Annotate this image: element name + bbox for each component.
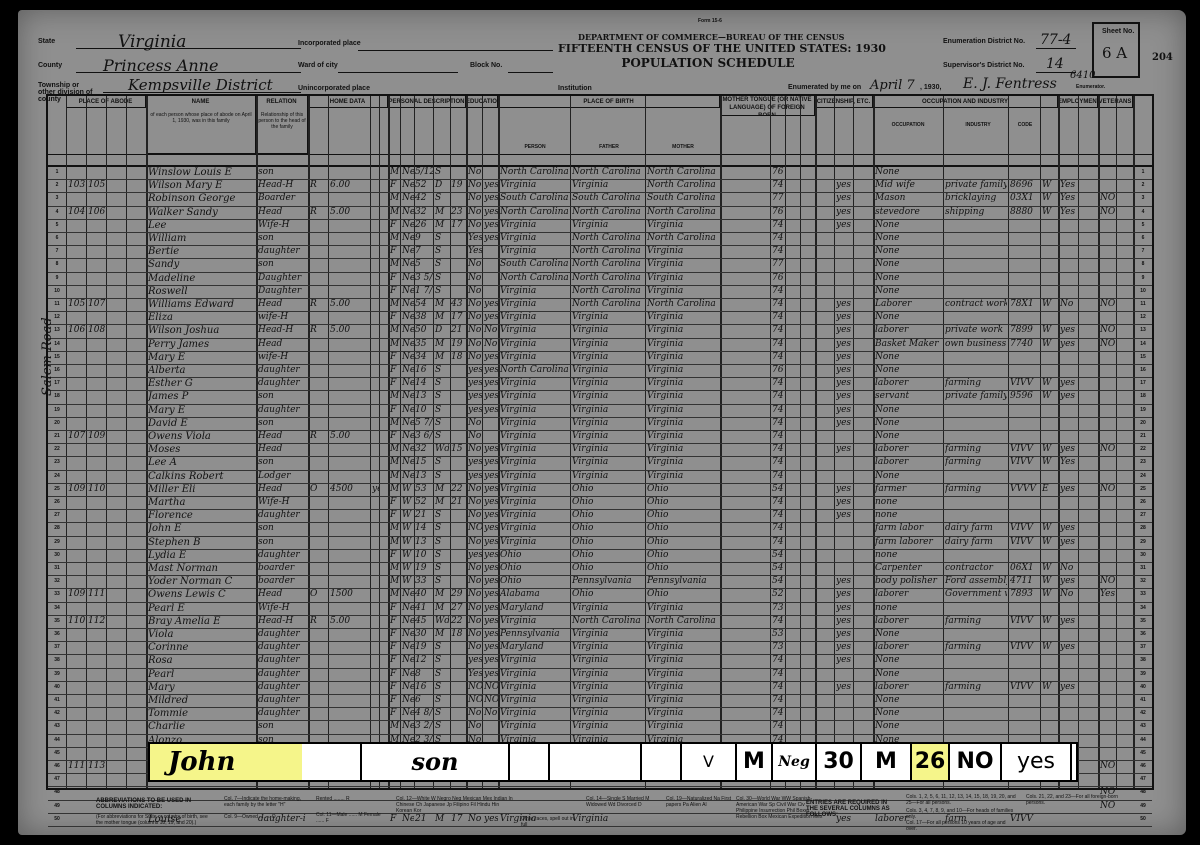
cell-read: yes [484,470,498,483]
ward-line [338,72,458,73]
cell-dwelling: 110 [68,615,86,628]
line-number-right: 40 [1134,681,1152,694]
line-number-right: 6 [1134,232,1152,245]
cell-marital: S [435,192,449,205]
line-number: 46 [48,760,66,773]
cell-code: 74 [772,417,785,430]
cell-race: Neg [402,668,414,681]
cell-father: Ohio [572,483,644,496]
cell-marital: M [435,628,449,641]
table-row[interactable]: 1717Esther GdaughterFNeg14SyesyesVirgini… [48,377,1152,391]
cell-industry: farming [945,681,1007,694]
cell-code: 74 [772,522,785,535]
table-row[interactable]: 55LeeWife-HFNeg26M17NoyesVirginiaVirgini… [48,219,1152,233]
cell-race: W [402,496,414,509]
cell-father: North Carolina [572,245,644,258]
cell-name: Esther G [148,377,254,390]
table-row[interactable]: 3333109111Owens Lewis CHeadO1500MNeg40M2… [48,588,1152,602]
cell-work: yes [1060,324,1078,337]
entries-4: Cols. 21, 22, and 23—For all foreign-bor… [1026,794,1136,806]
cell-read: yes [484,668,498,681]
table-row[interactable]: 3131Mast NormanboarderMW19SNoyesOhioOhio… [48,562,1152,576]
cell-marital: M [435,298,449,311]
cell-work: Yes [1060,456,1078,469]
line-number: 43 [48,720,66,733]
cell-mother: Virginia [647,720,719,733]
highlighted-record-row[interactable]: John son V M Neg 30 M 26 NO yes [148,742,1078,782]
cell-relation: Wife-H [258,219,306,232]
cell-vet: Yes [1100,588,1116,601]
line-number: 11 [48,298,66,311]
line-number-right: 43 [1134,720,1152,733]
cell-race: Neg [402,456,414,469]
line-number-right: 7 [1134,245,1152,258]
table-row[interactable]: 99MadelineDaughterFNeg3 5/12SNoNorth Car… [48,272,1152,286]
cell-read: NO [484,681,498,694]
line-number: 38 [48,654,66,667]
cell-race: Neg [402,179,414,192]
line-number: 32 [48,575,66,588]
cell-father: Virginia [572,404,644,417]
cell-marital: S [435,694,449,707]
cell-sex: F [390,681,400,694]
cell-marital: S [435,285,449,298]
line-number-right: 37 [1134,641,1152,654]
table-row[interactable]: 2323Lee AsonMNeg15SyesyesVirginiaVirgini… [48,456,1152,470]
table-row[interactable]: 2626MarthaWife-HFW52M21NoyesVirginiaOhio… [48,496,1152,510]
table-row[interactable]: 33Robinson GeorgeBoarderMNeg42SNoyesSout… [48,192,1152,206]
cell-marital: S [435,364,449,377]
cell-sex: F [390,245,400,258]
line-number-right: 15 [1134,351,1152,364]
cell-occ-code: VVVV [1010,483,1040,496]
cell-industry: dairy farm [945,522,1007,535]
table-row[interactable]: 1414Perry JamesHeadMNeg35M19NoNoVirginia… [48,338,1152,352]
cell-empl: yes [836,443,852,456]
cell-mother: Ohio [647,496,719,509]
table-row[interactable]: 3535110112Bray Amelia EHead-HR5.00FNeg45… [48,615,1152,629]
cell-industry: bricklaying [945,192,1007,205]
cell-code: 74 [772,536,785,549]
table-row[interactable]: 4141MildreddaughterFNeg6SNONOVirginiaVir… [48,694,1152,708]
table-row[interactable]: 2424Calkins RobertLodgerMNeg13SyesyesVir… [48,470,1152,484]
cell-work: yes [1060,641,1078,654]
table-row[interactable]: 44104106Walker SandyHeadR5.00MNeg32M23No… [48,206,1152,220]
cell-race: Neg [402,311,414,324]
cell-school: Yes [468,245,482,258]
cell-code: 54 [772,562,785,575]
cell-relation: Head [258,430,306,443]
cell-occupation: body polisher [875,575,941,588]
cell-occupation: None [875,166,941,179]
cell-race: Neg [402,720,414,733]
cell-code: 74 [772,338,785,351]
cell-sex: F [390,219,400,232]
cell-empl: yes [836,364,852,377]
line-number: 37 [48,641,66,654]
cell-father: Ohio [572,549,644,562]
cell-school: No [468,285,482,298]
cell-age-marr: 21 [451,324,465,337]
cell-class: W [1042,681,1056,694]
cell-relation: son [258,456,306,469]
cell-school: yes [468,470,482,483]
cell-read: yes [484,549,498,562]
cell-dwelling: 109 [68,483,86,496]
cell-dwelling: 103 [68,179,86,192]
cell-relation: Lodger [258,470,306,483]
cell-marital: M [435,351,449,364]
table-row[interactable]: 88SandysonMNeg5SNoSouth CarolinaNorth Ca… [48,258,1152,272]
cell-school: No [468,707,482,720]
cell-occupation: None [875,258,941,271]
cell-marital: S [435,232,449,245]
cell-occupation: None [875,430,941,443]
cell-age: 15 [415,456,433,469]
cell-empl: yes [836,602,852,615]
birth-person-header: PERSON [502,144,568,150]
cell-relation: daughter [258,549,306,562]
cell-empl: yes [836,417,852,430]
cell-marital: S [435,245,449,258]
table-row[interactable]: 3838RosadaughterFNeg12SyesyesVirginiaVir… [48,654,1152,668]
cell-race: Neg [402,443,414,456]
line-number-right: 17 [1134,377,1152,390]
cell-relation: wife-H [258,311,306,324]
cell-occupation: none [875,549,941,562]
cell-birth: Virginia [500,404,568,417]
cell-father: North Carolina [572,272,644,285]
cell-race: Neg [402,324,414,337]
line-number-right: 11 [1134,298,1152,311]
cell-relation: daughter [258,707,306,720]
table-row[interactable]: 1515Mary Ewife-HFNeg34M18NoyesVirginiaVi… [48,351,1152,365]
table-row[interactable]: 1818James PsonMNeg13SyesyesVirginiaVirgi… [48,390,1152,404]
cell-race: Neg [402,470,414,483]
table-row[interactable]: 2929Stephen BsonMW13SNoyesVirginiaOhioOh… [48,536,1152,550]
cell-father: Ohio [572,496,644,509]
cell-mother: Virginia [647,338,719,351]
cell-school: yes [468,549,482,562]
cell-tenure: R [310,430,326,443]
enumerated-date: April 7 [870,78,915,93]
table-row[interactable]: 3636VioladaughterFNeg30M18NoyesPennsylva… [48,628,1152,642]
table-row[interactable]: 2020David EsonMNeg5 7/12SNoVirginiaVirgi… [48,417,1152,431]
line-number-right: 31 [1134,562,1152,575]
cell-sex: M [390,575,400,588]
cell-occupation: laborer [875,377,941,390]
birth-father-header: FATHER [574,144,644,150]
cell-read: yes [484,628,498,641]
cell-read: yes [484,351,498,364]
cell-code: 54 [772,575,785,588]
table-row[interactable]: 22103105Wilson Mary EHead-HR6.00FNeg52D1… [48,179,1152,193]
cell-age: 13 [415,390,433,403]
cell-read: yes [484,232,498,245]
cell-marital: S [435,470,449,483]
cell-occupation: servant [875,390,941,403]
line-number-right: 32 [1134,575,1152,588]
cell-relation: daughter [258,509,306,522]
cell-father: Virginia [572,377,644,390]
col19-note: Col. 19—Naturalized Na First papers Pa A… [666,796,736,808]
cell-father: Virginia [572,668,644,681]
cell-sex: M [390,298,400,311]
cell-mother: Virginia [647,390,719,403]
table-row[interactable]: 11Winslow Louis EsonMNeg5/12SNoNorth Car… [48,166,1152,180]
cell-school: No [468,272,482,285]
cell-school: yes [468,404,482,417]
line-number: 31 [48,562,66,575]
cell-industry: contractor [945,562,1007,575]
table-row[interactable]: 3434Pearl EWife-HFNeg41M27NoyesMarylandV… [48,602,1152,616]
cell-age: 45 [415,615,433,628]
cell-class: W [1042,206,1056,219]
cell-code: 74 [772,668,785,681]
cell-code: 77 [772,192,785,205]
table-row[interactable]: 3737CorinnedaughterFNeg19SNoyesMarylandV… [48,641,1152,655]
cell-mother: Virginia [647,628,719,641]
table-row[interactable]: 3030Lydia EdaughterFW10SyesyesOhioOhioOh… [48,549,1152,563]
line-number: 23 [48,456,66,469]
cell-code: 74 [772,509,785,522]
table-row[interactable]: 1919Mary EdaughterFNeg10SyesyesVirginiaV… [48,404,1152,418]
cell-name: John E [148,522,254,535]
cell-code: 73 [772,602,785,615]
cell-mother: Virginia [647,377,719,390]
cell-father: Ohio [572,522,644,535]
line-number-right: 33 [1134,588,1152,601]
cell-vet: NO [1100,338,1116,351]
highlight-name: John [150,744,302,780]
table-row[interactable]: 4040MarydaughterFNeg16SNONOVirginiaVirgi… [48,681,1152,695]
table-row[interactable]: 2121107109Owens ViolaHeadR5.00FNeg3 6/12… [48,430,1152,444]
cell-age: 9 [415,232,433,245]
cell-marital: S [435,575,449,588]
cell-empl: yes [836,509,852,522]
cell-age: 10 [415,549,433,562]
cell-relation: daughter [258,668,306,681]
cell-father: North Carolina [572,232,644,245]
highlight-age-at-marriage: 26 [912,744,950,780]
entries-1: Cols. 1, 2, 5, 6, 11, 12, 13, 14, 15, 18… [906,794,1016,806]
cell-work: yes [1060,615,1078,628]
cell-father: Pennsylvania [572,575,644,588]
cell-family: 110 [88,483,106,496]
state-value: Virginia [118,32,186,52]
cell-industry: farming [945,483,1007,496]
highlight-sex: M [737,744,773,780]
cell-name: Wilson Mary E [148,179,254,192]
table-row[interactable]: 66WilliamsonMNeg9SYesyesVirginiaNorth Ca… [48,232,1152,246]
cell-race: Neg [402,298,414,311]
line-number: 47 [48,773,66,786]
cell-sex: M [390,166,400,179]
cell-sex: M [390,192,400,205]
table-row[interactable]: 1212Elizawife-HFNeg38M17NoyesVirginiaVir… [48,311,1152,325]
cell-marital: S [435,377,449,390]
cell-school: No [468,575,482,588]
cell-father: Virginia [572,641,644,654]
cell-mother: Virginia [647,364,719,377]
cell-code: 74 [772,496,785,509]
table-row[interactable]: 2222MosesHeadMNeg32Wd15NoyesVirginiaVirg… [48,443,1152,457]
cell-class: W [1042,443,1056,456]
cell-school: No [468,443,482,456]
cell-occ-code: 7893 [1010,588,1040,601]
line-number: 39 [48,668,66,681]
cell-code: 77 [772,258,785,271]
cell-birth: Virginia [500,377,568,390]
cell-mother: Pennsylvania [647,575,719,588]
highlight-relation: son [362,744,510,780]
cell-relation: son [258,720,306,733]
table-row[interactable]: 3939PearldaughterFNeg8SYesyesVirginiaVir… [48,668,1152,682]
cell-mother: Ohio [647,562,719,575]
cell-relation: daughter [258,628,306,641]
cell-tenure: O [310,483,326,496]
cell-father: Virginia [572,219,644,232]
table-row[interactable]: 1111105107Williams EdwardHeadR5.00MNeg54… [48,298,1152,312]
cell-name: Yoder Norman C [148,575,254,588]
cell-mother: Ohio [647,588,719,601]
cell-age: 3 5/12 [415,272,433,285]
table-row[interactable]: 4343CharliesonMNeg3 2/12SNoVirginiaVirgi… [48,720,1152,734]
table-row[interactable]: 2727FlorencedaughterFW21SNoyesVirginiaOh… [48,509,1152,523]
table-row[interactable]: 2525109110Miller EliHeadO4500yesMW53M22N… [48,483,1152,497]
cell-race: Neg [402,404,414,417]
cell-sex: F [390,364,400,377]
line-number-right: 8 [1134,258,1152,271]
cell-code: 76 [772,166,785,179]
cell-mother: Virginia [647,602,719,615]
cell-birth: Virginia [500,496,568,509]
cell-tenure: R [310,615,326,628]
cell-mother: Virginia [647,351,719,364]
cell-work: Yes [1060,179,1078,192]
cell-occ-code: 8696 [1010,179,1040,192]
cell-marital: S [435,641,449,654]
table-row[interactable]: 2828John EsonMW14SNOyesVirginiaOhioOhio7… [48,522,1152,536]
line-number-right: 14 [1134,338,1152,351]
table-row[interactable]: 1616AlbertadaughterFNeg16SyesyesNorth Ca… [48,364,1152,378]
cell-relation: daughter [258,245,306,258]
cell-occ-code: 7740 [1010,338,1040,351]
cell-sex: F [390,549,400,562]
cell-age-marr: 19 [451,338,465,351]
line-number: 2 [48,179,66,192]
line-number: 35 [48,615,66,628]
cell-code: 74 [772,232,785,245]
cell-marital: M [435,496,449,509]
ed-label: Enumeration District No. [943,38,1025,45]
cell-name: Walker Sandy [148,206,254,219]
cell-marital: Wd [435,443,449,456]
ed-value: 77-4 [1040,32,1071,48]
cell-race: Neg [402,417,414,430]
cell-birth: North Carolina [500,272,568,285]
cell-race: Neg [402,245,414,258]
cell-empl: yes [836,192,852,205]
cell-sex: M [390,588,400,601]
cell-occupation: Laborer [875,298,941,311]
cell-marital: M [435,483,449,496]
cell-tenure: R [310,179,326,192]
township-value: Kempsville District [128,76,273,94]
cell-sex: M [390,483,400,496]
cell-age: 13 [415,536,433,549]
institution-label: Institution [558,85,592,92]
cell-name: Pearl E [148,602,254,615]
cell-occupation: None [875,654,941,667]
cell-read: yes [484,654,498,667]
cell-father: Virginia [572,456,644,469]
cell-race: W [402,522,414,535]
cell-father: Ohio [572,562,644,575]
cell-code: 74 [772,219,785,232]
cell-age: 12 [415,654,433,667]
cell-code: 73 [772,641,785,654]
cell-father: Virginia [572,470,644,483]
line-number-right: 5 [1134,219,1152,232]
table-row[interactable]: 4242TommiedaughterFNeg4 8/12SNoNoVirgini… [48,707,1152,721]
cell-sex: F [390,496,400,509]
cell-birth: Alabama [500,588,568,601]
cell-name: William [148,232,254,245]
birth-mother-header: MOTHER [648,144,718,150]
cell-occupation: farm labor [875,522,941,535]
highlight-race: Neg [773,744,817,780]
cell-sex: F [390,351,400,364]
cell-relation: Head [258,588,306,601]
cell-age: 33 [415,575,433,588]
cell-race: Neg [402,232,414,245]
table-row[interactable]: 1010RoswellDaughterFNeg1 7/12SNoVirginia… [48,285,1152,299]
cell-occupation: None [875,364,941,377]
group-birth: PLACE OF BIRTH [498,96,720,108]
cell-sex: F [390,615,400,628]
cell-work: yes [1060,522,1078,535]
cell-age: 1 7/12 [415,285,433,298]
highlight-age: 30 [817,744,862,780]
cell-work: No [1060,298,1078,311]
cell-age: 35 [415,338,433,351]
cell-relation: daughter [258,641,306,654]
cell-code: 74 [772,245,785,258]
col9-owned: Col. 9—Owned ........ O [224,814,304,820]
cell-occupation: None [875,720,941,733]
cell-value: 5.00 [330,615,368,628]
cell-school: No [468,536,482,549]
line-number: 34 [48,602,66,615]
table-row[interactable]: 77BertiedaughterFNeg7SYesVirginiaNorth C… [48,245,1152,259]
county-label: County [38,62,62,69]
cell-relation: Daughter [258,272,306,285]
cell-vet: NO [1100,760,1116,773]
cell-work: yes [1060,536,1078,549]
table-row[interactable]: 3232Yoder Norman CboarderMW33SNoyesOhioP… [48,575,1152,589]
cell-family: 111 [88,588,106,601]
cell-code: 74 [772,430,785,443]
cell-empl: yes [836,404,852,417]
cell-name: Lydia E [148,549,254,562]
line-number: 40 [48,681,66,694]
table-row[interactable]: 1313106108Wilson JoshuaHead-HR5.00MNeg50… [48,324,1152,338]
sheet-number-box: Sheet No. 6 A [1092,22,1140,78]
cell-occ-code: 06X1 [1010,562,1040,575]
cell-race: Neg [402,258,414,271]
cell-occupation: laborer [875,443,941,456]
